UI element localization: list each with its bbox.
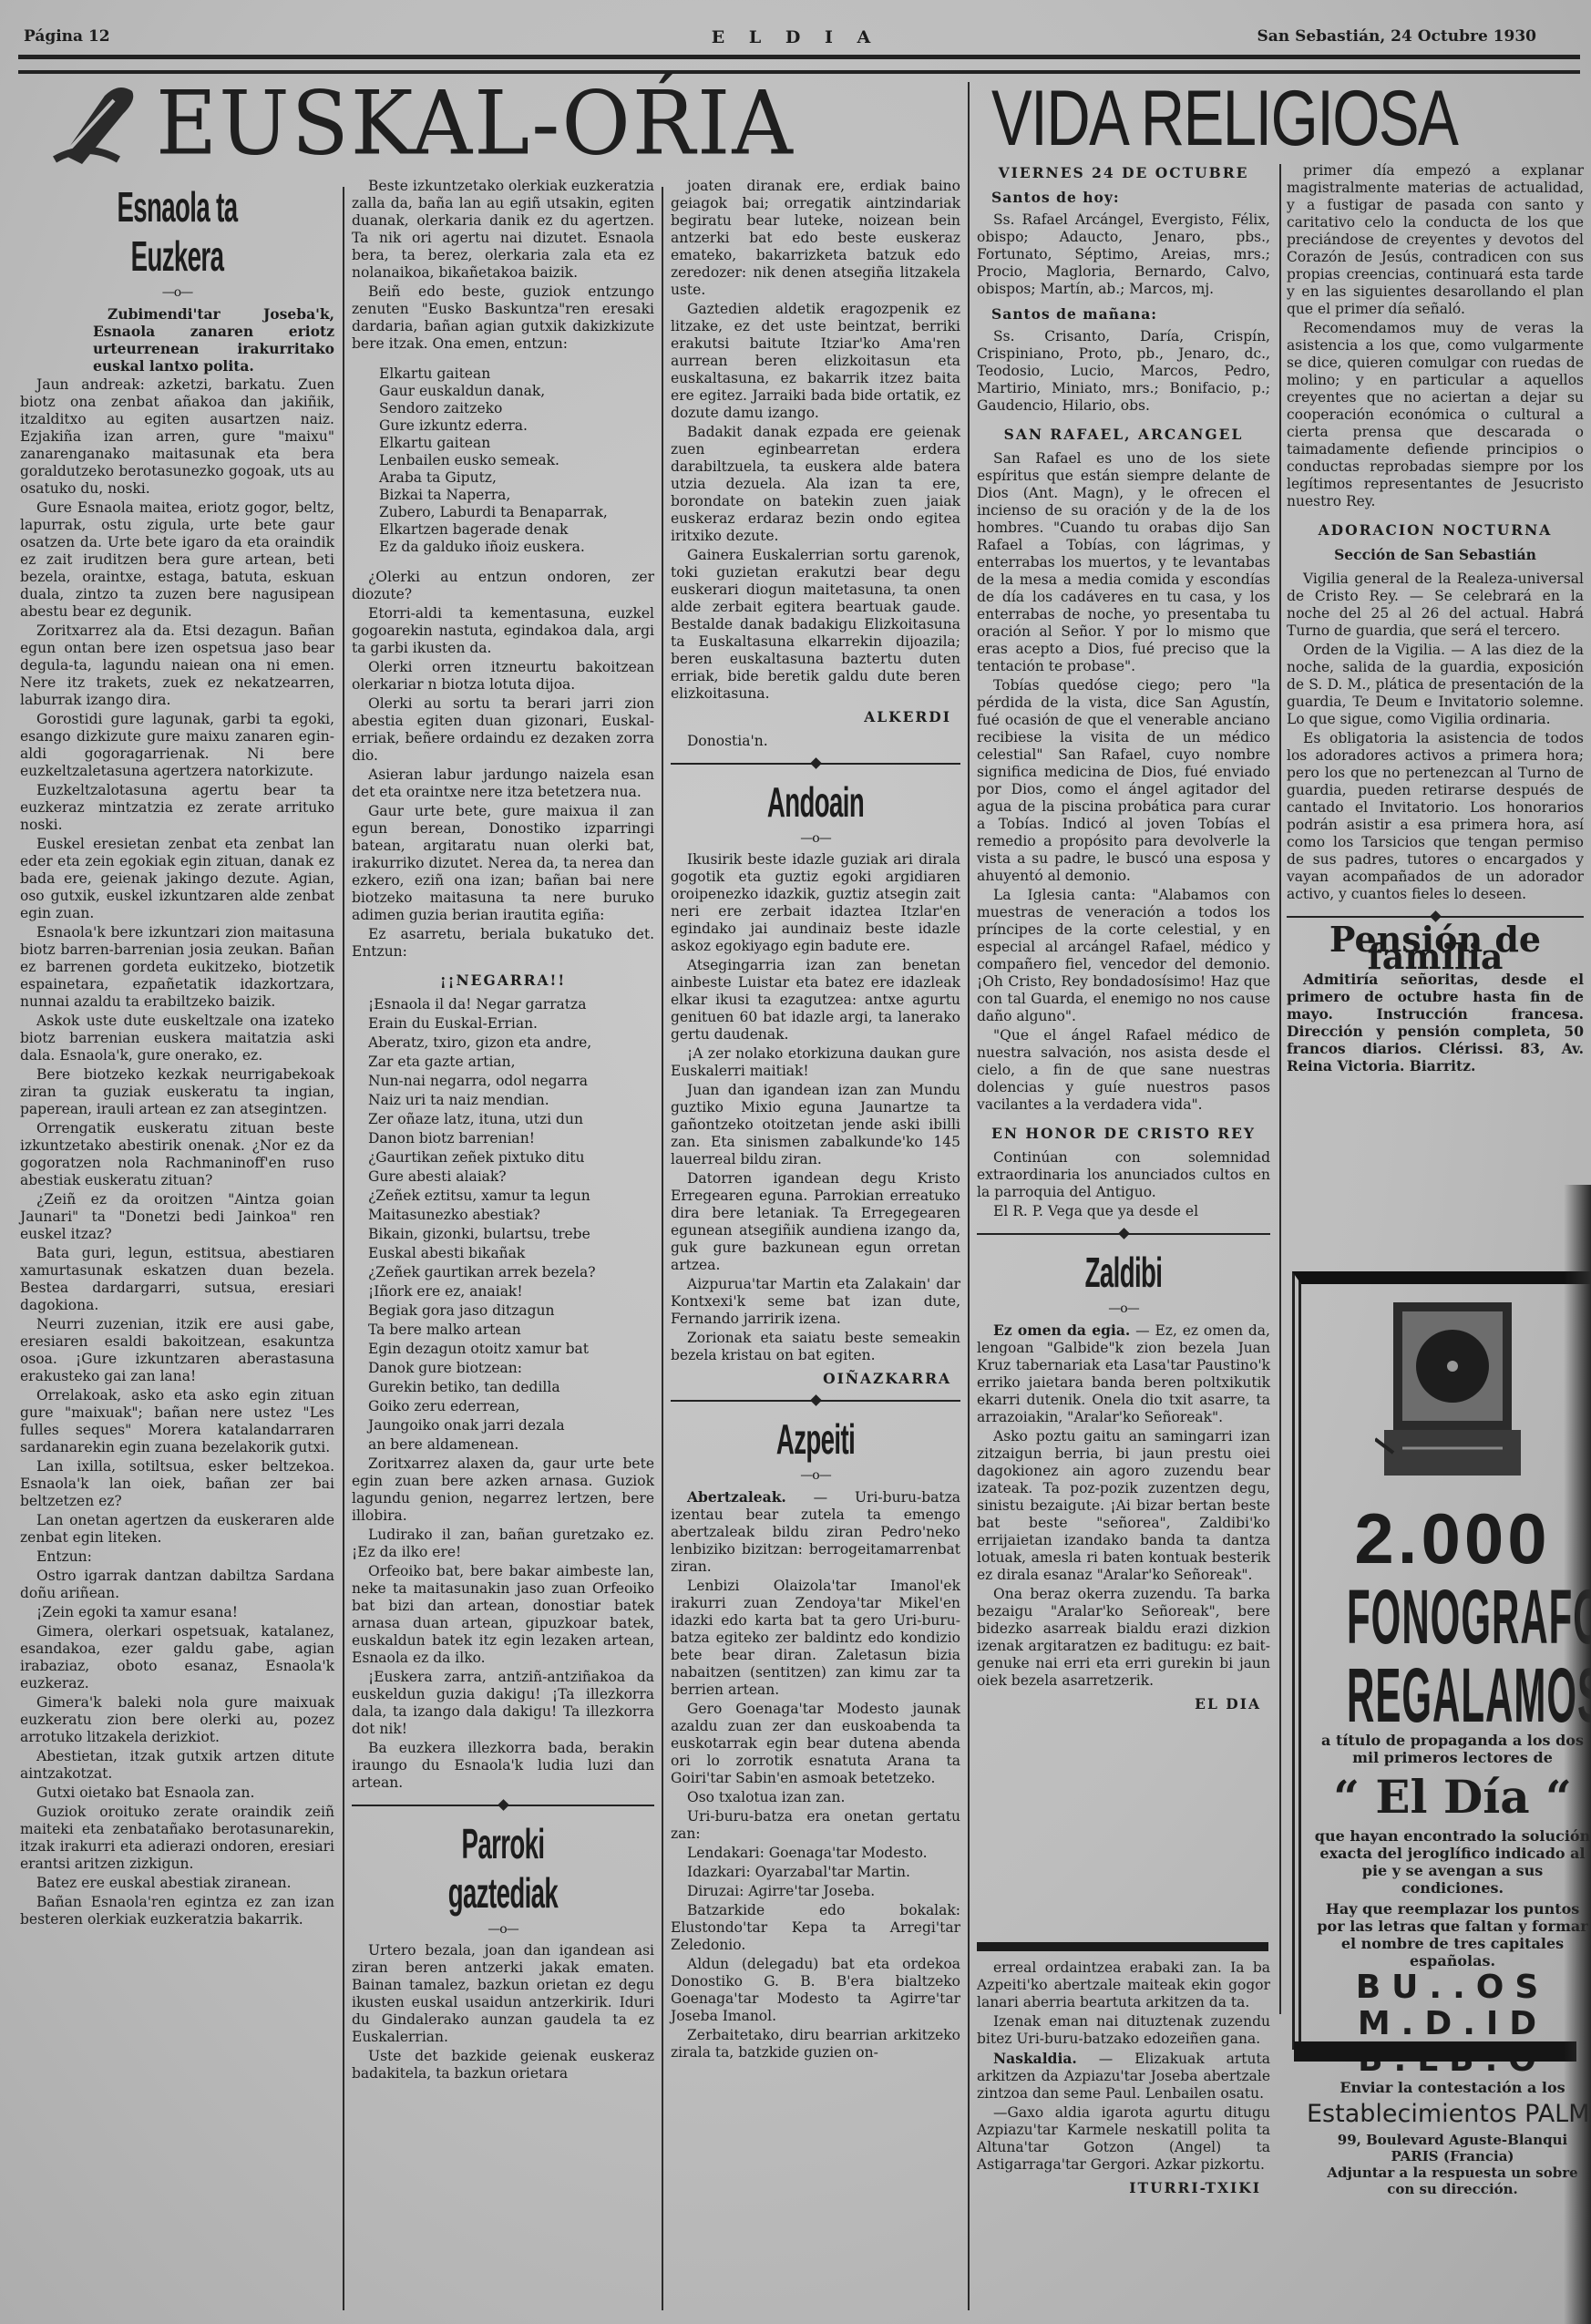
page-edge-shadow — [1564, 1185, 1591, 2324]
article-body: primer día empezó a explanar magistralme… — [1287, 162, 1584, 510]
paragraph: Ez asarretu, beriala bukatuko det. Entzu… — [352, 926, 654, 961]
headline: Azpeiti — [729, 1414, 903, 1464]
headline: Andoain — [729, 777, 903, 827]
paragraph: San Rafael es uno de los siete espíritus… — [977, 450, 1270, 675]
paragraph: an bere aldamenean. — [352, 1436, 654, 1454]
ad-headline-1: FONOGRAFOS — [1347, 1575, 1558, 1659]
paragraph: Asko poztu gaitu an samingarri izan zitz… — [977, 1428, 1270, 1584]
ad-address: 99, Boulevard Aguste-Blanqui — [1314, 2132, 1591, 2148]
santos-hoy: Ss. Rafael Arcángel, Evergisto, Félix, o… — [977, 211, 1270, 298]
paragraph: Bikain, gizonki, bulartsu, trebe — [352, 1226, 654, 1243]
paragraph: Gero Goenaga'tar Modesto jaunak azaldu z… — [671, 1701, 960, 1787]
paragraph: Gaur urte bete, gure maixua il zan egun … — [352, 803, 654, 924]
paragraph: Recomendamos muy de veras la asistencia … — [1287, 320, 1584, 510]
text: Ona beraz okerra zuzendu. Ta barka bezai… — [977, 1586, 1270, 1689]
paragraph: Vigilia general de la Realeza-universal … — [1287, 571, 1584, 640]
ornament: —o— — [20, 284, 334, 302]
santos-manana-label: Santos de mañana: — [991, 305, 1270, 323]
paragraph: Lan ixilla, sotiltsua, esker beltzekoa. … — [20, 1458, 334, 1510]
paragraph: Euskel eresietan zenbat eta zenbat lan e… — [20, 836, 334, 922]
paragraph: Danon biotz barrenian! — [352, 1130, 654, 1147]
paragraph: Izenak eman nai dituztenak zuzendu bitez… — [977, 2013, 1270, 2048]
signature: ITURRI-TXIKI — [977, 2179, 1261, 2196]
text: Diruzai: Agirre'tar Joseba. — [687, 1883, 875, 1899]
divider — [352, 1799, 654, 1812]
paragraph: Abestietan, itzak gutxik artzen ditute a… — [20, 1748, 334, 1783]
column-4: VIERNES 24 DE OCTUBRE Santos de hoy: Ss.… — [977, 164, 1270, 1720]
san-rafael-heading: SAN RAFAEL, ARCANGEL — [977, 426, 1270, 443]
paragraph: joaten diranak ere, erdiak baino geiagok… — [671, 178, 960, 299]
text: Lenbizi Olaizola'tar Imanol'ek irakurri … — [671, 1578, 960, 1698]
headline: Parroki gaztediak — [412, 1819, 593, 1918]
paragraph: Orden de la Vigilia. — A las diez de la … — [1287, 642, 1584, 728]
paragraph: Esnaola'k bere izkuntzari zion maitasuna… — [20, 924, 334, 1011]
paragraph: Uste det bazkide geienak euskeraz badaki… — [352, 2048, 654, 2082]
paragraph: Ez omen da egia. — Ez, ez omen da, lengo… — [977, 1321, 1270, 1426]
paragraph: Ostro igarrak dantzan dabiltza Sardana d… — [20, 1568, 334, 1602]
divider — [671, 1394, 960, 1407]
paragraph: ¿Zeiñ ez da oroitzen "Aintza goian Jauna… — [20, 1191, 334, 1243]
poem-line: Elkartu gaitean — [379, 435, 654, 452]
paragraph: ¿Gaurtikan zeñek pixtuko ditu — [352, 1149, 654, 1167]
adoracion-heading: ADORACION NOCTURNA — [1287, 521, 1584, 539]
paragraph: Urtero bezala, joan dan igandean asi zir… — [352, 1942, 654, 2046]
paragraph: Egin dezagun otoitz xamur bat — [352, 1341, 654, 1358]
signature: ALKERDI — [671, 708, 951, 725]
paragraph: Goiko zeru ederrean, — [352, 1398, 654, 1415]
quill-pen-icon — [50, 77, 150, 169]
paragraph: Entzun: — [20, 1548, 334, 1566]
ornament: —o— — [671, 830, 960, 848]
ornament: —o— — [977, 1301, 1270, 1318]
paragraph: Idazkari: Oyarzabal'tar Martin. — [671, 1864, 960, 1881]
paragraph: Jaun andreak: azketzi, barkatu. Zuen bio… — [20, 376, 334, 498]
poem-line: Gaur euskaldun danak, — [379, 383, 654, 400]
paragraph: Askok uste dute euskeltzale ona izateko … — [20, 1013, 334, 1064]
paragraph: Aldun (delegadu) bat eta ordekoa Donosti… — [671, 1956, 960, 2025]
column-5: primer día empezó a explanar magistralme… — [1287, 162, 1584, 1076]
paragraph: ¿Olerki au entzun ondoren, zer diozute? — [352, 569, 654, 603]
poem-line: Araba ta Giputz, — [379, 469, 654, 487]
paragraph: "Que el ángel Rafael médico de nuestra s… — [977, 1027, 1270, 1114]
poem-line: Zubero, Laburdi ta Benaparrak, — [379, 504, 654, 521]
paragraph: ¡Iñork ere ez, anaiak! — [352, 1283, 654, 1301]
article-body: Jaun andreak: azketzi, barkatu. Zuen bio… — [20, 376, 334, 1928]
ornament: —o— — [352, 1921, 654, 1938]
article-body: erreal ordaintzea erabaki zan. Ia ba Azp… — [977, 1959, 1270, 2048]
paragraph: Batez ere euskal abestiak ziranean. — [20, 1875, 334, 1892]
divider — [1287, 910, 1584, 923]
paragraph: Naiz uri ta naiz mendian. — [352, 1092, 654, 1109]
paragraph: Gure Esnaola maitea, eriotz gogor, beltz… — [20, 499, 334, 621]
paragraph: Danok gure biotzean: — [352, 1360, 654, 1377]
pension-ad-title: Pensión de familia — [1287, 931, 1584, 965]
signature: OIÑAZKARRA — [671, 1370, 951, 1387]
lead: Abertzaleak. — [687, 1488, 786, 1506]
azpeiti-continued: erreal ordaintzea erabaki zan. Ia ba Azp… — [977, 1959, 1270, 2204]
lead: Naskaldia. — [993, 2050, 1077, 2067]
paragraph: Zorionak eta saiatu beste semeakin bezel… — [671, 1330, 960, 1364]
paragraph: Zoritxarrez ala da. Etsi dezagun. Bañan … — [20, 622, 334, 709]
ad-company: Establecimientos PALMA — [1307, 2100, 1591, 2128]
paragraph: Gimera, olerkari ospetsuak, katalanez, e… — [20, 1623, 334, 1692]
text: Batzarkide edo bokalak: Elustondo'tar Ke… — [671, 1902, 960, 1953]
column-rule — [968, 82, 970, 2310]
pension-ad-text: Admitiría señoritas, desde el primero de… — [1287, 971, 1584, 1075]
lead: Zubimendi'tar Joseba'k, Esnaola zanaren … — [93, 305, 334, 375]
santos-hoy-label: Santos de hoy: — [991, 189, 1270, 206]
paragraph: Beiñ edo beste, guziok entzungo zenuten … — [352, 283, 654, 353]
ad-paper-name: “ El Día “ — [1314, 1770, 1591, 1824]
lead: Ez omen da egia. — [993, 1321, 1130, 1339]
article-body: joaten diranak ere, erdiak baino geiagok… — [671, 178, 960, 703]
phonograph-ad: 2.000 FONOGRAFOS REGALAMOS a título de p… — [1292, 1271, 1591, 2050]
paragraph: Beste izkuntzetako olerkiak euzkeratzia … — [352, 178, 654, 282]
puzzle-line: BU..OS — [1314, 1969, 1591, 2006]
paragraph: Ba euzkera illezkorra bada, berakin irau… — [352, 1740, 654, 1792]
poem-line: Elkartzen bagerade denak — [379, 521, 654, 539]
paragraph: Jaungoiko onak jarri dezala — [352, 1417, 654, 1435]
article-body: Continúan con solemnidad extraordinaria … — [977, 1149, 1270, 1220]
paragraph: Euzkeltzalotasuna agertu bear ta euzkera… — [20, 782, 334, 834]
date-heading: VIERNES 24 DE OCTUBRE — [977, 164, 1270, 181]
paragraph: Continúan con solemnidad extraordinaria … — [977, 1149, 1270, 1201]
article-body: Ez omen da egia. — Ez, ez omen da, lengo… — [977, 1321, 1270, 1690]
thick-divider — [1294, 2041, 1576, 2062]
paragraph: Zer oñaze latz, ituna, utzi dun — [352, 1111, 654, 1128]
ad-subtext: que hayan encontrado la solución exacta … — [1314, 1827, 1591, 1897]
paragraph: Etorri-aldi ta kementasuna, euzkel gogoa… — [352, 605, 654, 657]
section-masthead-vida-religiosa: VIDA RELIGIOSA — [975, 77, 1586, 159]
paragraph: Ludirako il zan, bañan guretzako ez. ¡Ez… — [352, 1527, 654, 1561]
text: Gero Goenaga'tar Modesto jaunak azaldu z… — [671, 1701, 960, 1786]
text: Oso txalotua izan zan. — [687, 1789, 845, 1805]
dateline: San Sebastián, 24 Octubre 1930 — [1257, 27, 1537, 46]
poem-line: Lenbailen eusko semeak. — [379, 452, 654, 469]
paragraph: ¡Zein egoki ta xamur esana! — [20, 1604, 334, 1621]
column-3: joaten diranak ere, erdiak baino geiagok… — [671, 178, 960, 2063]
paragraph: Diruzai: Agirre'tar Joseba. — [671, 1883, 960, 1900]
paragraph: Neurri zuzenian, itzik ere ausi gabe, er… — [20, 1316, 334, 1385]
paragraph: Guziok oroituko zerate oraindik zeiñ mai… — [20, 1804, 334, 1873]
paragraph: Atsegingarria izan zan benetan ainbeste … — [671, 957, 960, 1044]
paragraph: Ikusirik beste idazle guziak ari dirala … — [671, 851, 960, 955]
text: Zerbaitetako, diru bearrian arkitzeko zi… — [671, 2027, 960, 2061]
paragraph: Ona beraz okerra zuzendu. Ta barka bezai… — [977, 1586, 1270, 1690]
paragraph: ¿Zeñek gaurtikan arrek bezela? — [352, 1264, 654, 1281]
paragraph: Gainera Euskalerrian sortu garenok, toki… — [671, 547, 960, 703]
paragraph: La Iglesia canta: "Alabamos con muestras… — [977, 887, 1270, 1025]
paragraph: Badakit danak ezpada ere geienak zuen eg… — [671, 424, 960, 545]
paragraph: erreal ordaintzea erabaki zan. Ia ba Azp… — [977, 1959, 1270, 2011]
article-body: Urtero bezala, joan dan igandean asi zir… — [352, 1942, 654, 2082]
column-rule — [1279, 164, 1281, 2014]
poem-line: Sendoro zaitzeko — [379, 400, 654, 417]
poem-line: Elkartu gaitean — [379, 365, 654, 383]
paragraph: Gimera'k baleki nola gure maixuak euzker… — [20, 1694, 334, 1746]
paragraph: Tobías quedóse ciego; pero "la pérdida d… — [977, 677, 1270, 885]
ad-note: Adjuntar a la respuesta un sobre con su … — [1314, 2165, 1591, 2197]
ad-amount: 2.000 — [1314, 1497, 1591, 1580]
paragraph: Gutxi oietako bat Esnaola zan. — [20, 1784, 334, 1802]
text: Uri-buru-batza era onetan gertatu zan: — [671, 1808, 960, 1842]
paragraph: Gorostidi gure lagunak, garbi ta egoki, … — [20, 711, 334, 780]
text: Lendakari: Goenaga'tar Modesto. — [687, 1845, 928, 1861]
adoracion-subheading: Sección de San Sebastián — [1287, 546, 1584, 563]
paragraph: Juan dan igandean izan zan Mundu guztiko… — [671, 1082, 960, 1168]
ad-headline-2: REGALAMOS — [1347, 1653, 1558, 1737]
puzzle-line: M.D.ID — [1314, 2006, 1591, 2042]
paragraph: Aberatz, txiro, gizon eta andre, — [352, 1034, 654, 1052]
column-rule — [662, 187, 663, 2310]
paragraph: Orrengatik euskeratu zituan beste izkunt… — [20, 1120, 334, 1189]
paragraph: Nun-nai negarra, odol negarra — [352, 1073, 654, 1090]
ornament: —o— — [671, 1467, 960, 1485]
paragraph: ¡A zer nolako etorkizuna daukan gure Eus… — [671, 1045, 960, 1080]
paragraph: Datorren igandean degu Kristo Erregearen… — [671, 1170, 960, 1274]
text: Aldun (delegadu) bat eta ordekoa Donosti… — [671, 1956, 960, 2024]
paragraph: Olerki au sortu ta berari jarri zion abe… — [352, 695, 654, 765]
paragraph: Oso txalotua izan zan. — [671, 1789, 960, 1806]
paragraph: Lan onetan agertzen da euskeraren alde z… — [20, 1512, 334, 1547]
ad-instructions: Hay que reemplazar los puntos por las le… — [1314, 1900, 1591, 1969]
article-body: San Rafael es uno de los siete espíritus… — [977, 450, 1270, 1114]
text: Idazkari: Oyarzabal'tar Martin. — [687, 1864, 910, 1880]
signature: EL DIA — [977, 1695, 1261, 1712]
section-title: VIDA RELIGIOSA — [991, 74, 1457, 164]
cristo-rey-heading: EN HONOR DE CRISTO REY — [977, 1125, 1270, 1142]
paragraph: Lenbizi Olaizola'tar Imanol'ek irakurri … — [671, 1578, 960, 1699]
top-rule — [18, 55, 1580, 74]
paragraph: Bere biotzeko kezkak neurrigabekoak zira… — [20, 1066, 334, 1118]
poem-title: ¡¡NEGARRA!! — [352, 972, 654, 989]
paragraph: Aizpurua'tar Martin eta Zalakain' dar Ko… — [671, 1276, 960, 1328]
paragraph: ¡Euskera zarra, antziñ-antziñakoa da eus… — [352, 1669, 654, 1738]
paragraph: El R. P. Vega que ya desde el — [977, 1203, 1270, 1220]
text: Asko poztu gaitu an samingarri izan zitz… — [977, 1428, 1270, 1583]
divider — [977, 1228, 1270, 1240]
poem-line: Gure izkuntz ederra. — [379, 417, 654, 435]
paragraph: Gaztedien aldetik eragozpenik ez litzake… — [671, 301, 960, 422]
article-esnaola-cont: Beste izkuntzetako olerkiak euzkeratzia … — [352, 178, 654, 2084]
paragraph: Orfeoiko bat, bere bakar aimbeste lan, n… — [352, 1563, 654, 1667]
divider — [671, 757, 960, 770]
paragraph: Orrelakoak, asko eta asko egin zituan gu… — [20, 1387, 334, 1456]
paragraph: Zerbaitetako, diru bearrian arkitzeko zi… — [671, 2027, 960, 2062]
paragraph: Zoritxarrez alaxen da, gaur urte bete eg… — [352, 1455, 654, 1525]
poem-line: Bizkai ta Naperra, — [379, 487, 654, 504]
thick-divider — [977, 1942, 1268, 1951]
article-body: Ikusirik beste idazle guziak ari dirala … — [671, 851, 960, 1364]
paragraph: Abertzaleak. — Uri-buru-batza izentau be… — [671, 1488, 960, 1576]
newspaper-page: Página 12 E L D I A San Sebastián, 24 Oc… — [0, 0, 1591, 2324]
paragraph: Maitasunezko abestiak? — [352, 1207, 654, 1224]
paragraph: Asieran labur jardungo naizela esan det … — [352, 766, 654, 801]
paragraph: Erain du Euskal-Errian. — [352, 1015, 654, 1033]
poem: Elkartu gaiteanGaur euskaldun danak,Send… — [379, 365, 654, 556]
article-esnaola: Esnaola ta Euzkera —o— Zubimendi'tar Jos… — [20, 182, 334, 1930]
santos-manana: Ss. Crisanto, Daría, Crispín, Crispinian… — [977, 328, 1270, 415]
headline: Zaldibi — [1035, 1248, 1211, 1297]
section-title: EUSKAL-OŔIA — [156, 72, 795, 174]
paragraph: Euskal abesti bikañak — [352, 1245, 654, 1262]
paragraph: Bata guri, legun, estitsua, abestiaren x… — [20, 1245, 334, 1314]
paragraph: Uri-buru-batza era onetan gertatu zan: — [671, 1808, 960, 1843]
paragraph: Olerki orren itzneurtu bakoitzean olerka… — [352, 659, 654, 694]
column-rule — [343, 187, 344, 2310]
paragraph: Batzarkide edo bokalak: Elustondo'tar Ke… — [671, 1902, 960, 1954]
phonograph-icon — [1375, 1293, 1530, 1485]
paragraph: Gurekin betiko, tan dedilla — [352, 1379, 654, 1396]
paragraph: ¡Esnaola il da! Negar garratza — [352, 996, 654, 1013]
headline: Esnaola ta Euzkera — [83, 182, 272, 281]
article-body: Beste izkuntzetako olerkiak euzkeratzia … — [352, 178, 654, 353]
paragraph: Lendakari: Goenaga'tar Modesto. — [671, 1845, 960, 1862]
section-masthead-euskal-oria: EUSKAL-OŔIA — [50, 77, 961, 169]
place: Donostia'n. — [671, 733, 960, 750]
article-body: Vigilia general de la Realeza-universal … — [1287, 571, 1584, 903]
paragraph: ¿Zeñek eztitsu, xamur ta legun — [352, 1188, 654, 1205]
paragraph: Ta bere malko artean — [352, 1321, 654, 1339]
paragraph: Es obligatoria la asistencia de todos lo… — [1287, 730, 1584, 903]
poem: ¡Esnaola il da! Negar garratzaErain du E… — [352, 996, 654, 1792]
article-body: ¿Olerki au entzun ondoren, zer diozute?E… — [352, 569, 654, 961]
paragraph: Gure abesti alaiak? — [352, 1168, 654, 1186]
paragraph: Begiak gora jaso ditzagun — [352, 1302, 654, 1320]
ad-send: Enviar la contestación a los — [1314, 2079, 1591, 2096]
ad-city: PARIS (Francia) — [1314, 2148, 1591, 2165]
paragraph: Zar eta gazte artian, — [352, 1054, 654, 1071]
paragraph: Bañan Esnaola'ren egintza ez zan izan be… — [20, 1894, 334, 1928]
paragraph: primer día empezó a explanar magistralme… — [1287, 162, 1584, 318]
article-body: Abertzaleak. — Uri-buru-batza izentau be… — [671, 1488, 960, 2062]
poem-line: Ez da galduko iñoiz euskera. — [379, 539, 654, 556]
paragraph: —Gaxo aldia igarota agurtu ditugu Azpiaz… — [977, 2104, 1270, 2174]
